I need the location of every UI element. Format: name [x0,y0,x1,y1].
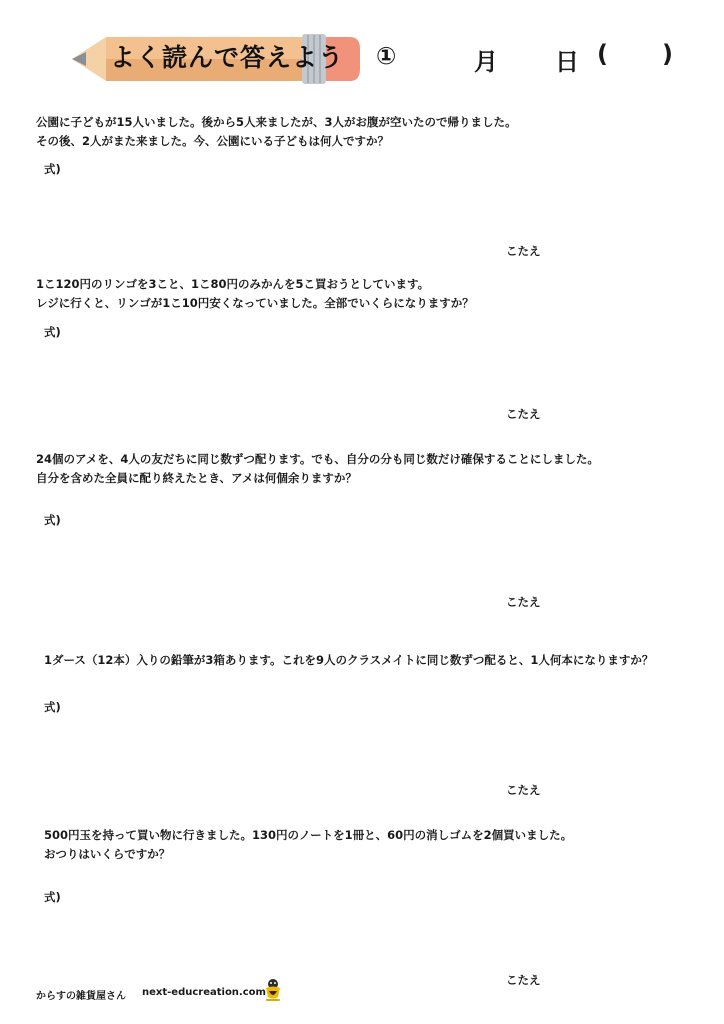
question-line: その後、2人がまた来ました。今、公園にいる子どもは何人ですか？ [36,132,517,151]
footer-site-link[interactable]: next-educreation.com [142,987,266,998]
question-4-formula-label: 式) [44,699,61,715]
month-label: 月 [474,42,498,77]
question-line: おつりはいくらですか？ [44,845,572,864]
question-1-answer-label: こたえ [506,243,541,259]
question-line: 自分を含めた全員に配り終えたとき、アメは何個余りますか？ [36,469,599,488]
footer-shop-name: からすの雑貨屋さん [36,987,126,1002]
question-1-text: 公園に子どもが15人いました。後から5人来ましたが、3人がお腹が空いたので帰りま… [36,113,517,151]
day-label: 日 [555,42,579,77]
question-line: 1ダース（12本）入りの鉛筆が3箱あります。これを9人のクラスメイトに同じ数ずつ… [44,651,653,670]
question-3-formula-label: 式) [44,512,61,528]
question-5-text: 500円玉を持って買い物に行きました。130円のノートを1冊と、60円の消しゴム… [44,826,572,864]
question-3-answer-label: こたえ [506,594,541,610]
question-line: レジに行くと、リンゴが1こ10円安くなっていました。全部でいくらになりますか？ [36,294,474,313]
name-paren-close: ) [662,40,673,68]
question-line: 1こ120円のリンゴを3こと、1こ80円のみかんを5こ買おうとしています。 [36,275,474,294]
question-2-answer-label: こたえ [506,406,541,422]
question-line: 500円玉を持って買い物に行きました。130円のノートを1冊と、60円の消しゴム… [44,826,572,845]
question-line: 24個のアメを、4人の友だちに同じ数ずつ配ります。でも、自分の分も同じ数だけ確保… [36,450,599,469]
name-paren-open: ( [597,40,608,68]
crow-mascot-icon [262,977,284,1003]
question-4-answer-label: こたえ [506,782,541,798]
question-5-answer-label: こたえ [506,972,541,988]
sheet-number: ① [376,42,396,70]
question-line: 公園に子どもが15人いました。後から5人来ましたが、3人がお腹が空いたので帰りま… [36,113,517,132]
question-2-formula-label: 式) [44,324,61,340]
question-2-text: 1こ120円のリンゴを3こと、1こ80円のみかんを5こ買おうとしています。 レジ… [36,275,474,313]
question-3-text: 24個のアメを、4人の友だちに同じ数ずつ配ります。でも、自分の分も同じ数だけ確保… [36,450,599,488]
question-5-formula-label: 式) [44,889,61,905]
question-1-formula-label: 式) [44,161,61,177]
question-4-text: 1ダース（12本）入りの鉛筆が3箱あります。これを9人のクラスメイトに同じ数ずつ… [44,651,653,670]
worksheet-title: よく読んで答えよう [110,38,344,74]
